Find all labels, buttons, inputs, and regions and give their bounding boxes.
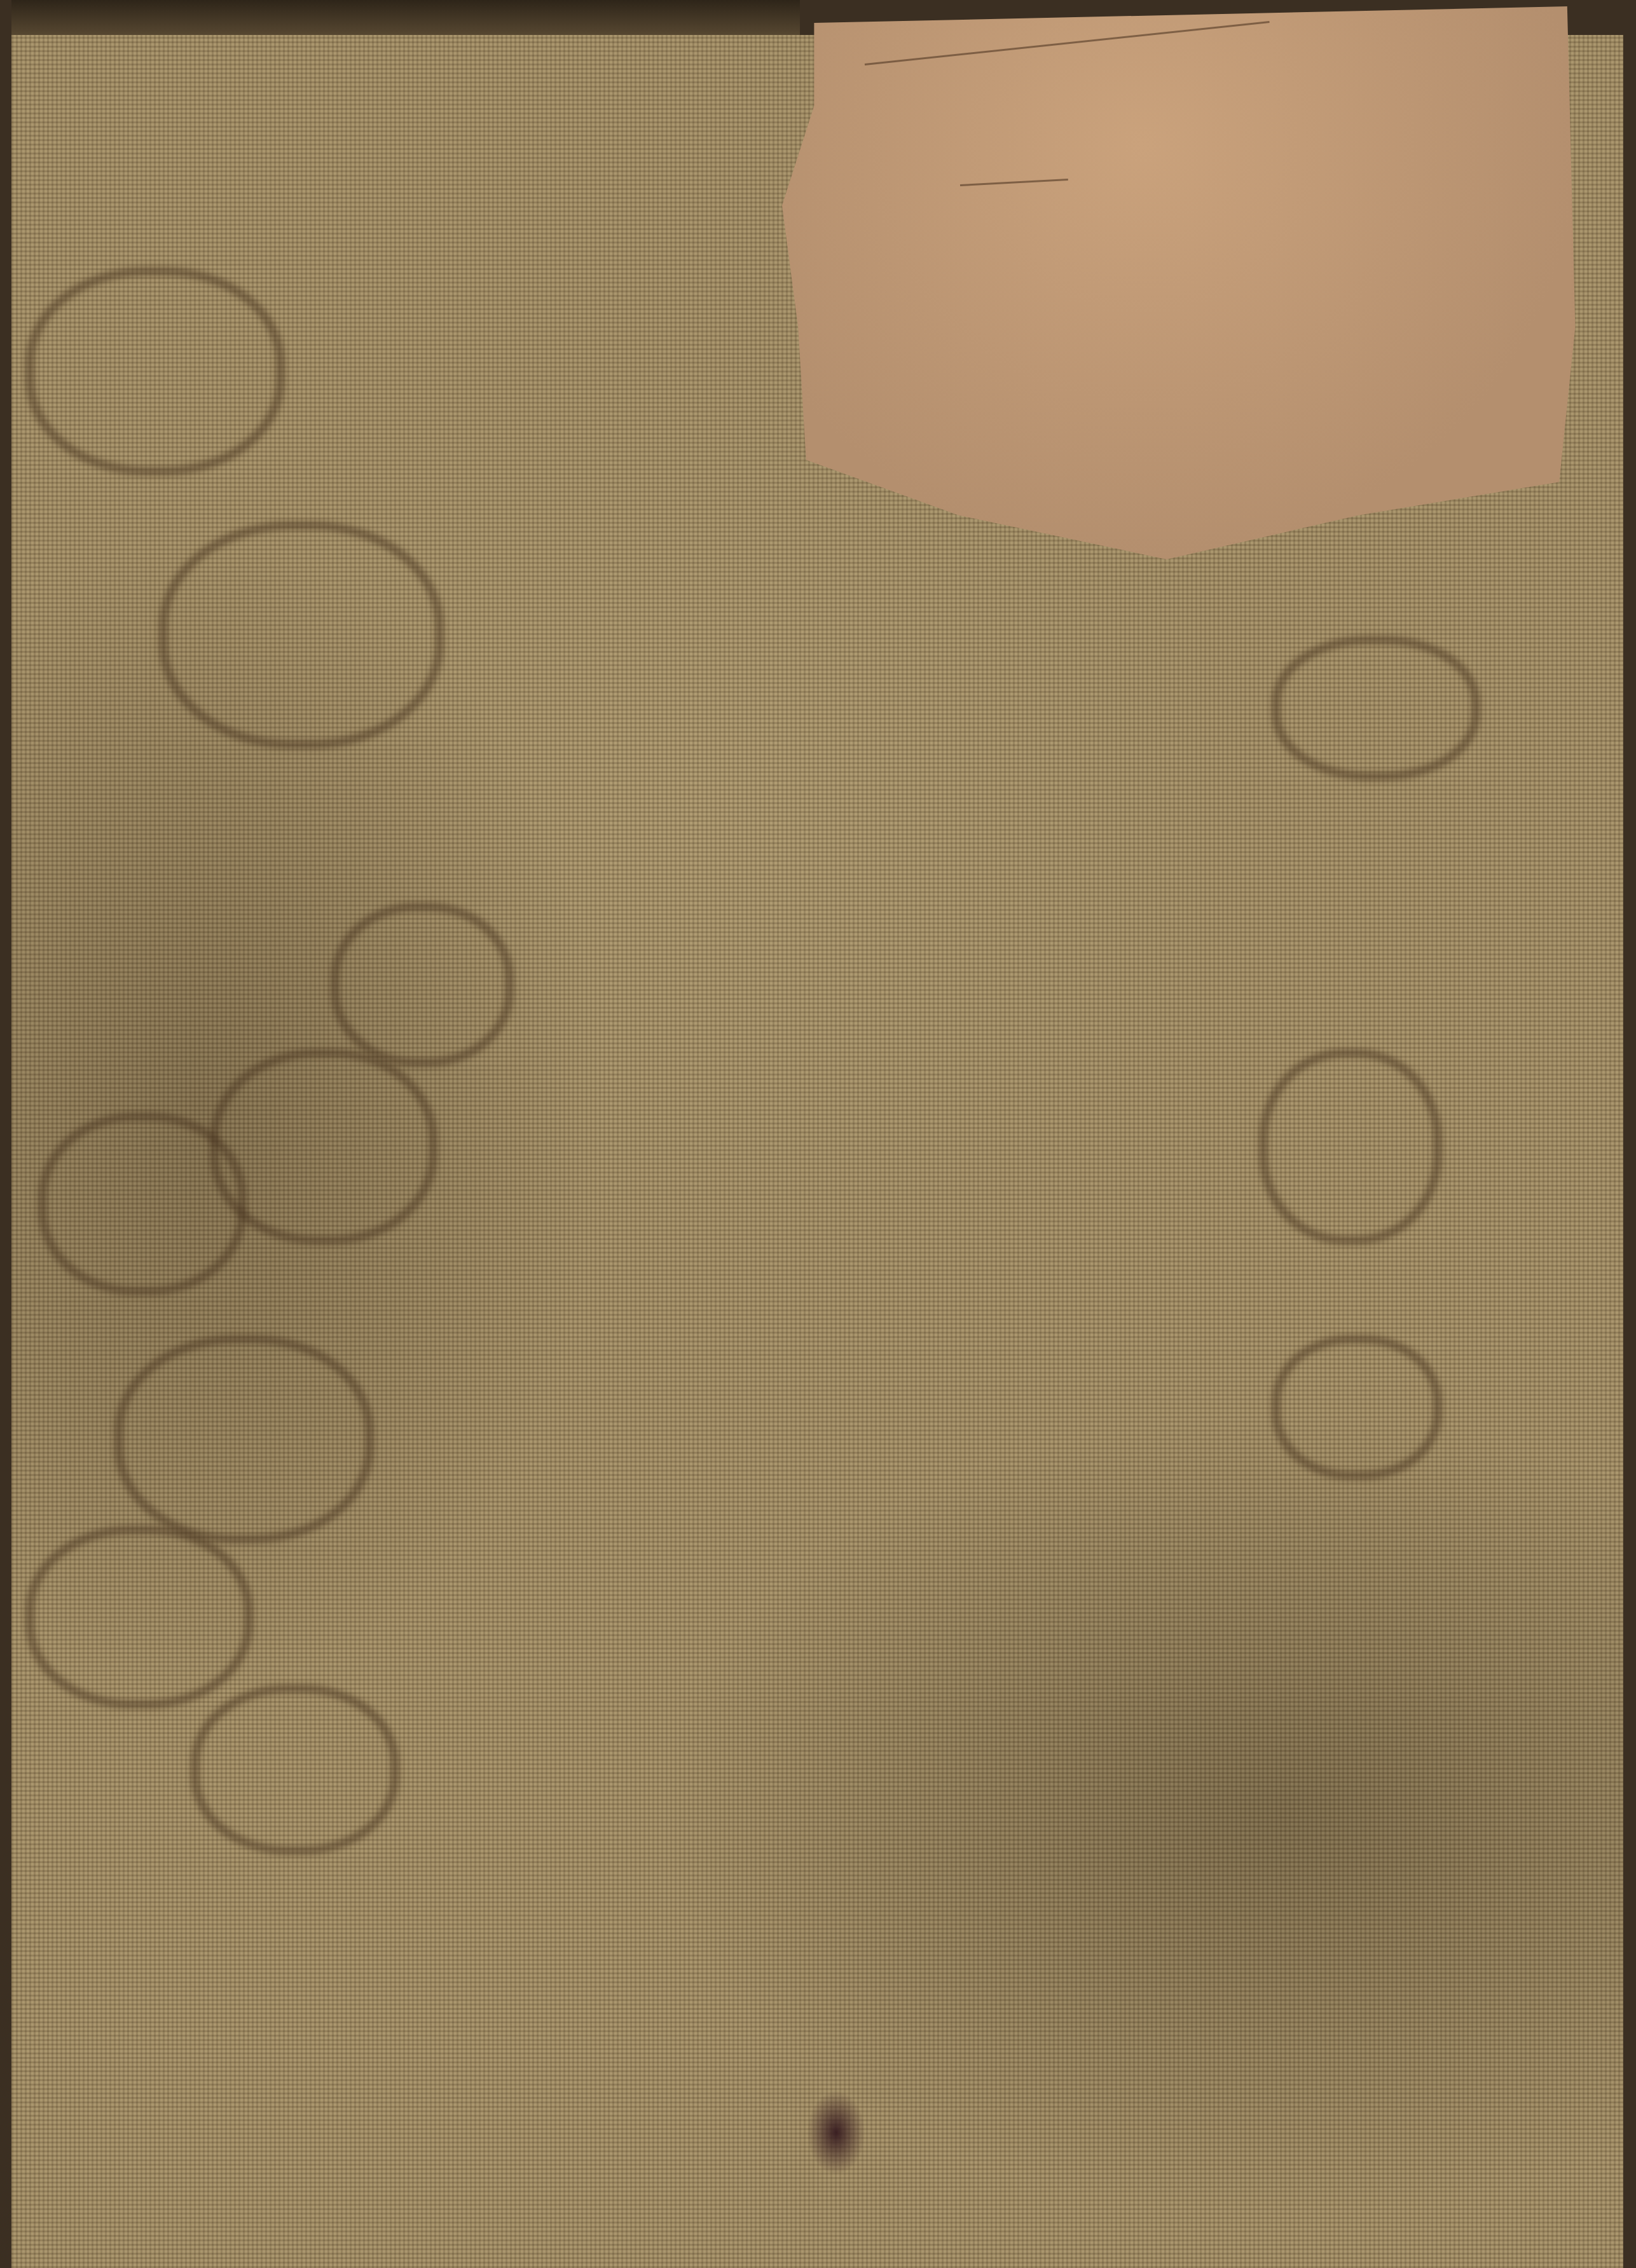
paper-patch <box>782 6 1583 559</box>
top-shadow-strip <box>11 0 800 38</box>
dark-stain <box>808 2091 865 2174</box>
